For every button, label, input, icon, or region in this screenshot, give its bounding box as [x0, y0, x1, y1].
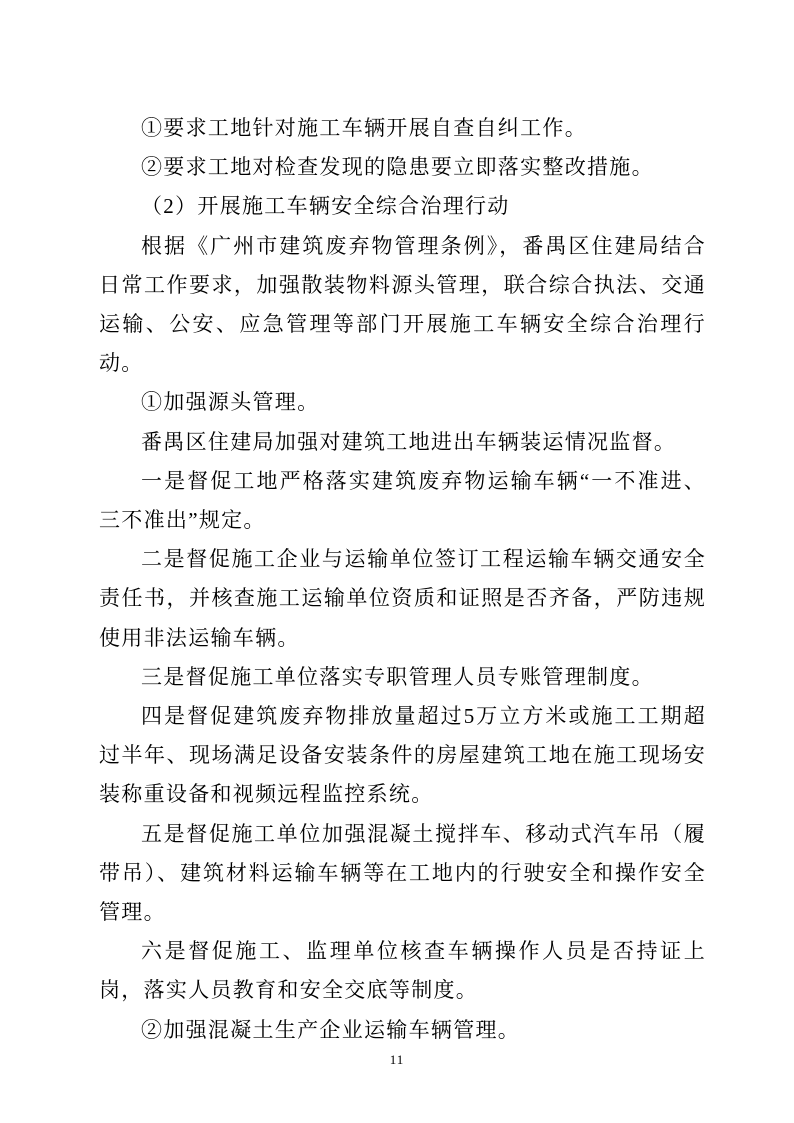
page-number: 11 — [390, 1052, 405, 1067]
paragraph-item-one: 一是督促工地严格落实建筑废弃物运输车辆“一不准进、三不准出”规定。 — [99, 462, 706, 540]
paragraph-regulation-basis: 根据《广州市建筑废弃物管理条例》，番禺区住建局结合日常工作要求，加强散装物料源头… — [99, 227, 706, 384]
paragraph-item-three: 三是督促施工单位落实专职管理人员专账管理制度。 — [99, 658, 706, 697]
paragraph-item-four: 四是督促建筑废弃物排放量超过5万立方米或施工工期超过半年、现场满足设备安装条件的… — [99, 697, 706, 815]
paragraph-supervision-intro: 番禺区住建局加强对建筑工地进出车辆装运情况监督。 — [99, 423, 706, 462]
paragraph-rectification-requirement: ②要求工地对检查发现的隐患要立即落实整改措施。 — [99, 148, 706, 187]
paragraph-source-management-heading: ①加强源头管理。 — [99, 383, 706, 422]
page-footer: 11 — [0, 1051, 794, 1069]
paragraph-item-two: 二是督促施工企业与运输单位签订工程运输车辆交通安全责任书，并核查施工运输单位资质… — [99, 540, 706, 658]
paragraph-item-six: 六是督促施工、监理单位核查车辆操作人员是否持证上岗，落实人员教育和安全交底等制度… — [99, 932, 706, 1010]
paragraph-item-five: 五是督促施工单位加强混凝土搅拌车、移动式汽车吊（履带吊）、建筑材料运输车辆等在工… — [99, 815, 706, 933]
document-page: ①要求工地针对施工车辆开展自查自纠工作。 ②要求工地对检查发现的隐患要立即落实整… — [0, 0, 794, 1123]
document-body: ①要求工地针对施工车辆开展自查自纠工作。 ②要求工地对检查发现的隐患要立即落实整… — [99, 109, 706, 1050]
paragraph-concrete-enterprise-heading: ②加强混凝土生产企业运输车辆管理。 — [99, 1011, 706, 1050]
paragraph-section-heading: （2）开展施工车辆安全综合治理行动 — [99, 187, 706, 226]
paragraph-self-check-requirement: ①要求工地针对施工车辆开展自查自纠工作。 — [99, 109, 706, 148]
